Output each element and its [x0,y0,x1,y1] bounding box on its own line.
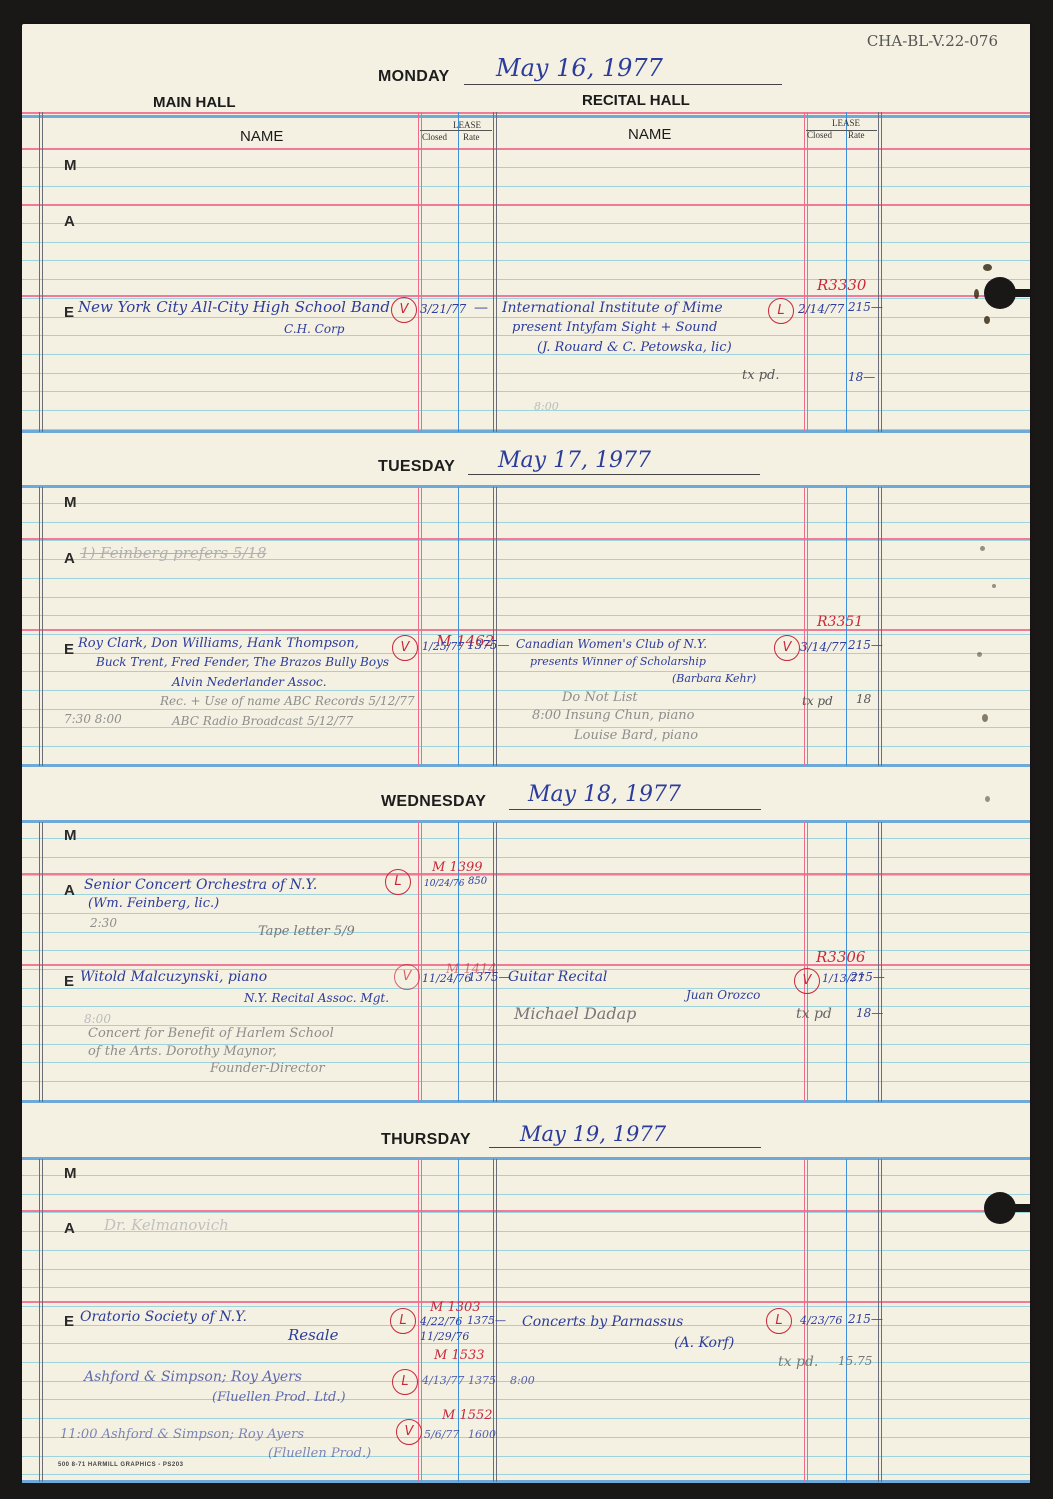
date-line [464,84,782,85]
column-line [418,822,419,1102]
lease-rate: 215— [848,1312,883,1326]
day-label-thursday: THURSDAY [381,1131,471,1149]
stain [985,796,990,802]
column-line [846,1159,847,1482]
column-line [42,1159,43,1482]
tax-amount: 15.75 [838,1354,872,1368]
entry-note: Tape letter 5/9 [258,924,355,939]
entry-name: International Institute of Mime [502,300,723,316]
lease-closed: 4/13/77 [422,1374,464,1387]
column-line [421,487,422,766]
tax-note: tx pd. [778,1354,818,1370]
entry-line2: Buck Trent, Fred Fender, The Brazos Bull… [96,655,389,669]
entry-line4: Rec. + Use of name ABC Records 5/12/77 [160,694,415,708]
recital-name-header: NAME [628,126,671,143]
column-line [878,822,879,1102]
lease-closed: 4/23/76 [800,1314,842,1327]
main-closed-header: Closed [422,132,447,142]
booking-ref: M 1399 [432,860,483,875]
date-line [468,474,760,475]
row-letter-e: E [64,973,74,990]
entry-line2: presents Winner of Scholarship [530,655,706,668]
lease-closed-2: 11/29/76 [420,1330,469,1343]
entry-time: 2:30 [90,916,117,930]
archive-id: CHA-BL-V.22-076 [867,32,998,50]
entry-name: Concerts by Parnassus [522,1314,683,1330]
tax-amount: 18— [856,1006,883,1020]
entry-name: New York City All-City High School Band [78,298,390,316]
row-letter-e: E [64,1313,74,1330]
entry-line2: Juan Orozco [686,988,760,1002]
status-mark: L [392,1369,418,1395]
column-line [458,112,459,432]
day-label-monday: MONDAY [378,68,449,86]
column-line [421,112,422,432]
entry-line2: N.Y. Recital Assoc. Mgt. [244,991,389,1005]
column-line [493,487,494,766]
entry-line6: Louise Bard, piano [574,728,698,743]
column-line [804,822,805,1102]
lease-closed: 4/22/76 [420,1315,462,1328]
entry-name: Roy Clark, Don Williams, Hank Thompson, [78,636,359,651]
entry-name: Ashford & Simpson; Roy Ayers [84,1369,302,1385]
entry-line2: present Intyfam Sight + Sound [512,320,717,335]
main-lease-header: LEASE [453,120,481,130]
column-line [39,822,40,1102]
column-line [807,822,808,1102]
entry-line4: of the Arts. Dorothy Maynor, [88,1044,277,1059]
entry-line3: Michael Dadap [514,1004,636,1023]
row-letter-m: M [64,827,77,844]
column-line [42,112,43,432]
stain [982,714,988,722]
column-line [496,487,497,766]
entry-line5: ABC Radio Broadcast 5/12/77 [172,714,353,728]
booking-ref: R3306 [816,948,865,966]
entry-line2: (A. Korf) [674,1335,734,1351]
lease-closed: 11/24/76 [422,972,471,985]
entry-line3: Alvin Nederlander Assoc. [172,675,327,689]
lease-closed: 3/14/77 [800,640,846,654]
status-mark: V [394,964,420,990]
lease-rate: 1375 [468,1374,496,1387]
column-line [804,487,805,766]
row-letter-a: A [64,882,75,899]
day-label-wednesday: WEDNESDAY [381,793,486,811]
date-line [509,809,761,810]
lease-closed: 10/24/76 [424,879,464,889]
entry-line5: Founder-Director [210,1061,325,1076]
row-letter-a: A [64,1220,75,1237]
status-mark: V [794,968,820,994]
stain [974,289,979,299]
row-letter-m: M [64,1165,77,1182]
booking-ref: M 1303 [430,1300,481,1315]
day-label-tuesday: TUESDAY [378,458,455,476]
column-line [878,112,879,432]
tax-note: tx pd [802,694,833,708]
column-line [39,112,40,432]
status-mark: L [768,298,794,324]
lease-rate: 1375— [467,638,510,652]
row-letter-m: M [64,157,77,174]
row-letter-e: E [64,304,74,321]
entry-line5: 8:00 Insung Chun, piano [532,708,694,723]
column-line [42,487,43,766]
column-line [846,112,847,432]
lease-closed: 3/21/77 [420,302,466,316]
punch-hole-slot [1012,1204,1030,1212]
printer-imprint: 500 8-71 HARMILL GRAPHICS - PS203 [58,1462,183,1468]
date-thursday: May 19, 1977 [520,1122,666,1146]
entry-time: 8:00 [84,1012,111,1026]
column-line [39,1159,40,1482]
lease-rate: 215— [848,638,883,652]
stain [984,316,990,324]
entry-line2: (Fluellen Prod. Ltd.) [212,1390,346,1405]
entry-line3: (Barbara Kehr) [672,672,756,685]
entry-time: 7:30 8:00 [64,712,122,726]
status-mark: V [391,297,417,323]
row-letter-a: A [64,213,75,230]
punch-hole-slot [1012,289,1030,297]
pencil-note: 1) Feinberg prefers 5/18 [80,544,267,562]
date-line [489,1147,761,1148]
lease-rate: — [474,300,488,316]
status-mark: V [774,635,800,661]
tax-note: tx pd. [742,368,779,383]
column-line [881,487,882,766]
status-mark: L [385,869,411,895]
tax-amount: 18— [848,370,875,384]
entry-line4: Do Not List [562,690,638,705]
lease-rate: 215— [850,970,885,984]
lease-rate: 1600 [468,1428,496,1441]
column-line [418,112,419,432]
column-line [418,487,419,766]
column-line [878,487,879,766]
stain [980,546,985,551]
lease-closed: 2/14/77 [798,302,844,316]
entry-name: Canadian Women's Club of N.Y. [516,637,707,651]
entry-line3: (J. Rouard & C. Petowska, lic) [537,340,732,355]
tax-note: tx pd [796,1006,832,1022]
entry-name: Guitar Recital [508,969,607,985]
entry-name: Witold Malcuzynski, piano [80,969,267,985]
booking-ref: M 1533 [434,1348,485,1363]
booking-ref: R3351 [817,614,863,630]
date-monday: May 16, 1977 [496,54,663,82]
entry-line2: (Wm. Feinberg, lic.) [88,896,219,911]
lease-rate: 1375— [468,970,511,984]
column-line [421,822,422,1102]
column-line [804,112,805,432]
recital-closed-header: Closed [807,130,832,140]
main-name-header: NAME [240,128,283,145]
lease-closed: 1/25/77 [422,640,464,653]
recital-hall-heading: RECITAL HALL [582,92,690,109]
entry-time: 8:00 [510,1374,535,1387]
entry-line3: Concert for Benefit of Harlem School [88,1026,334,1041]
main-rate-header: Rate [463,132,480,142]
stain [983,264,992,271]
entry-note: C.H. Corp [284,322,345,336]
lease-underline [420,130,492,131]
row-letter-m: M [64,494,77,511]
lease-rate: 850 [468,876,487,887]
row-letter-a: A [64,550,75,567]
recital-rate-header: Rate [848,130,865,140]
column-line [39,487,40,766]
status-mark: L [766,1308,792,1334]
column-line [807,112,808,432]
tax-amount: 18 [856,692,871,706]
column-line [458,487,459,766]
row-letter-e: E [64,641,74,658]
lease-rate: 215— [848,300,883,314]
status-mark: L [390,1308,416,1334]
column-line [493,112,494,432]
ledger-page: CHA-BL-V.22-076 MONDAY May 16, 1977 MAIN… [22,24,1030,1482]
lease-rate: 1375— [467,1314,506,1327]
entry-name: 11:00 Ashford & Simpson; Roy Ayers [60,1427,304,1442]
status-mark: V [396,1419,422,1445]
column-line [881,822,882,1102]
entry-line2: (Fluellen Prod.) [268,1446,371,1461]
stain [977,652,982,657]
stain [992,584,996,588]
column-line [496,112,497,432]
date-tuesday: May 17, 1977 [498,448,651,473]
entry-name: Oratorio Society of N.Y. [80,1309,247,1325]
recital-lease-header: LEASE [832,118,860,128]
column-line [807,487,808,766]
booking-ref: R3330 [817,276,866,294]
lease-closed: 5/6/77 [424,1428,459,1441]
pencil-time: 8:00 [534,400,559,413]
booking-ref: M 1552 [442,1408,493,1423]
date-wednesday: May 18, 1977 [528,782,681,807]
column-line [42,822,43,1102]
column-line [881,112,882,432]
entry-note: Resale [288,1326,339,1344]
main-hall-heading: MAIN HALL [153,94,236,111]
pencil-note: Dr. Kelmanovich [104,1216,229,1234]
status-mark: V [392,635,418,661]
entry-name: Senior Concert Orchestra of N.Y. [84,877,317,893]
